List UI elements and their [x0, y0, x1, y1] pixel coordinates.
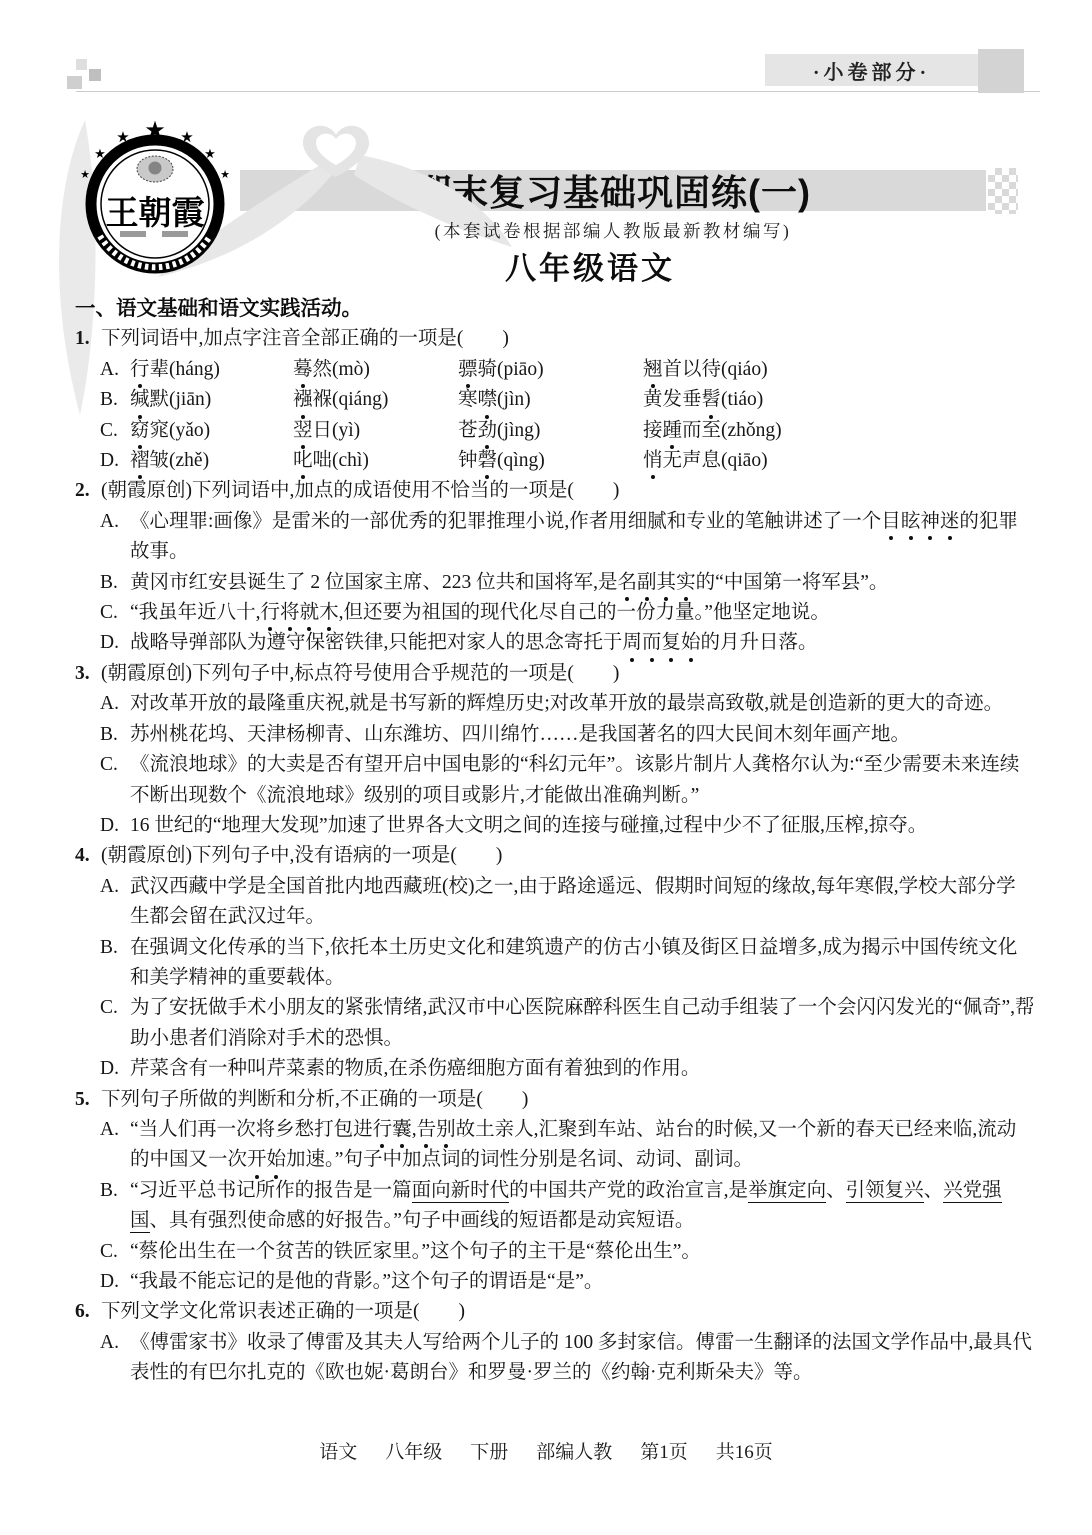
question-stem-text: 下列词语中,加点字注音全部正确的一项是( ): [101, 328, 509, 349]
emphasis-dot-char: 始: [267, 1145, 287, 1175]
option-text: “当人们再一次将乡愁打包进行囊,告别故土亲人,汇聚到车站、站台的时候,又一个新的…: [130, 1119, 1016, 1170]
question-stem: 6.下列文学文化常识表述正确的一项是( ): [75, 1297, 1035, 1327]
option-text: 在强调文化传承的当下,依托本土历史文化和建筑遗产的仿古小镇及街区日益增多,成为揭…: [130, 937, 1017, 988]
option-word: 褶皱(zhě): [130, 446, 293, 476]
option-label: A.: [100, 507, 119, 537]
option: B.在强调文化传承的当下,依托本土历史文化和建筑遗产的仿古小镇及街区日益增多,成…: [75, 933, 1035, 994]
option-label: A.: [100, 689, 119, 719]
star-icon: ★: [94, 146, 106, 161]
question-2: 2.(朝霞原创)下列词语中,加点的成语使用不恰当的一项是( )A.《心理罪:画像…: [75, 476, 1035, 658]
emphasis-dot-char: 神: [920, 507, 940, 537]
emphasis-dot-char: 行: [130, 355, 150, 385]
section-tag-label: ·小卷部分·: [813, 56, 930, 85]
emphasis-dot-char: 而: [642, 628, 662, 658]
emphasis-dot-char: 叱: [293, 446, 313, 476]
option-label: D.: [100, 1054, 119, 1084]
content-area: 一、语文基础和语文实践活动。 1.下列词语中,加点字注音全部正确的一项是( )A…: [75, 294, 1035, 1389]
corner-square: [67, 76, 82, 89]
emphasis-dot-char: 窈: [130, 416, 150, 446]
emphasis-dot-char: 髫: [702, 385, 722, 415]
logo-brand-name: 王朝霞: [106, 195, 205, 232]
question-3: 3.(朝霞原创)下列句子中,标点符号使用合乎规范的一项是( )A.对改革开放的最…: [75, 659, 1035, 841]
question-stem: 4.(朝霞原创)下列句子中,没有语病的一项是( ): [75, 841, 1035, 871]
question-number: 4.: [75, 841, 90, 871]
option-word: 苍劲(jìng): [458, 416, 643, 446]
emphasis-dot-char: 其: [657, 568, 677, 598]
option-word: 钟磬(qìng): [458, 446, 643, 476]
footer-item: 部编人教: [536, 1442, 612, 1463]
option-text: “习近平总书记所作的报告是一篇面向新时代的中国共产党的政治宣言,是举旗定向、引领…: [130, 1180, 1002, 1233]
option-row: D.褶皱(zhě)叱咄(chì)钟磬(qìng)悄无声息(qiāo): [75, 446, 1035, 476]
option-label: C.: [100, 416, 118, 446]
question-number: 5.: [75, 1085, 90, 1115]
option: D.16 世纪的“地理大发现”加速了世界各大文明之间的连接与碰撞,过程中少不了征…: [75, 811, 1035, 841]
option-row: B.缄默(jiān)襁褓(qiáng)寒噤(jìn)黄发垂髫(tiáo): [75, 385, 1035, 415]
question-stem: 1.下列词语中,加点字注音全部正确的一项是( ): [75, 324, 1035, 354]
emphasis-dot-char: 褶: [130, 446, 150, 476]
emphasis-dot-char: 迷: [940, 507, 960, 537]
star-icon: ★: [80, 169, 90, 181]
emphasis-dot-char: 行: [261, 598, 281, 628]
option-word: 襁褓(qiáng): [293, 385, 458, 415]
emphasis-dot-char: 木: [319, 598, 339, 628]
underlined-phrase: 引领复兴: [846, 1180, 924, 1203]
brand-logo: ★ ★ ★ ★ ★ ★ ★ 王朝霞: [66, 110, 244, 288]
emphasis-dot-char: 行: [373, 1115, 393, 1145]
emphasis-dot-char: 囊: [392, 1115, 412, 1145]
subject-title: 八年级语文: [190, 243, 990, 288]
question-number: 6.: [75, 1297, 90, 1327]
option: B.苏州桃花坞、天津杨柳青、山东潍坊、四川绵竹……是我国著名的四大民间木刻年画产…: [75, 720, 1035, 750]
option-word: 黄发垂髫(tiáo): [643, 385, 1035, 415]
option: B.黄冈市红安县诞生了 2 位国家主席、223 位共和国将军,是名副其实的“中国…: [75, 568, 1035, 598]
option: C.“我虽年近八十,行将就木,但还要为祖国的现代化尽自己的一份力量。”他坚定地说…: [75, 598, 1035, 628]
option-label: C.: [100, 598, 118, 628]
emphasis-dot-char: 将: [280, 598, 300, 628]
option-text: 武汉西藏中学是全国首批内地西藏班(校)之一,由于路途遥远、假期时间短的缘故,每年…: [130, 876, 1016, 927]
option-label: C.: [100, 1237, 118, 1267]
option-label: B.: [100, 385, 118, 415]
option-text: 黄冈市红安县诞生了 2 位国家主席、223 位共和国将军,是名副其实的“中国第一…: [130, 572, 888, 593]
option: A.武汉西藏中学是全国首批内地西藏班(校)之一,由于路途遥远、假期时间短的缘故,…: [75, 872, 1035, 933]
option-word: 行辈(háng): [130, 355, 293, 385]
option-word: 翘首以待(qiáo): [643, 355, 1035, 385]
option-label: A.: [100, 872, 119, 902]
option-text: 《心理罪:画像》是雷米的一部优秀的犯罪推理小说,作者用细腻和专业的笔触讲述了一个…: [130, 511, 1018, 562]
option: C.为了安抚做手术小朋友的紧张情绪,武汉市中心医院麻醉科医生自己动手组装了一个会…: [75, 993, 1035, 1054]
emphasis-dot-char: 实: [676, 568, 696, 598]
option-label: B.: [100, 568, 118, 598]
option: D.芹菜含有一种叫芹菜素的物质,在杀伤癌细胞方面有着独到的作用。: [75, 1054, 1035, 1084]
emphasis-dot-char: 周: [622, 628, 642, 658]
option-word: 翌日(yì): [293, 416, 458, 446]
question-number: 1.: [75, 324, 90, 354]
emphasis-dot-char: 告: [417, 1115, 437, 1145]
option-word: 蓦然(mò): [293, 355, 458, 385]
option-text: 16 世纪的“地理大发现”加速了世界各大文明之间的连接与碰撞,过程中少不了征服,…: [130, 815, 927, 836]
option-word: 悄无声息(qiāo): [643, 446, 1035, 476]
underlined-phrase: 举旗定向: [748, 1180, 826, 1203]
option-word: 叱咄(chì): [293, 446, 458, 476]
option: A.对改革开放的最隆重庆祝,就是书写新的辉煌历史;对改革开放的最崇高致敬,就是创…: [75, 689, 1035, 719]
emphasis-dot-char: 翌: [293, 416, 313, 446]
question-stem: 3.(朝霞原创)下列句子中,标点符号使用合乎规范的一项是( ): [75, 659, 1035, 689]
emphasis-dot-char: 缄: [130, 385, 150, 415]
emphasis-dot-char: 蓦: [293, 355, 313, 385]
option-label: D.: [100, 446, 119, 476]
option-label: C.: [100, 750, 118, 780]
option-label: A.: [100, 355, 119, 385]
question-stem-text: (朝霞原创)下列词语中,加点的成语使用不恰当的一项是( ): [101, 480, 619, 501]
footer-item: 八年级: [385, 1442, 442, 1463]
option-label: A.: [100, 1328, 119, 1358]
option: D.战略导弹部队为遵守保密铁律,只能把对家人的思念寄托于周而复始的月升日落。: [75, 628, 1035, 658]
corner-tag-block: [978, 49, 1024, 93]
option-label: D.: [100, 628, 119, 658]
question-stem-text: (朝霞原创)下列句子中,标点符号使用合乎规范的一项是( ): [101, 663, 619, 684]
question-stem-text: (朝霞原创)下列句子中,没有语病的一项是( ): [101, 845, 502, 866]
option-label: C.: [100, 993, 118, 1023]
option: A.“当人们再一次将乡愁打包进行囊,告别故土亲人,汇聚到车站、站台的时候,又一个…: [75, 1115, 1035, 1176]
emphasis-dot-char: 骠: [458, 355, 478, 385]
question-6: 6.下列文学文化常识表述正确的一项是( )A.《傅雷家书》收录了傅雷及其夫人写给…: [75, 1297, 1035, 1388]
emphasis-dot-char: 副: [637, 568, 657, 598]
option: B.“习近平总书记所作的报告是一篇面向新时代的中国共产党的政治宣言,是举旗定向、…: [75, 1176, 1035, 1237]
option-label: B.: [100, 720, 118, 750]
logo-portrait-face: [149, 162, 162, 175]
emphasis-dot-char: 目: [881, 507, 901, 537]
option-text: 为了安抚做手术小朋友的紧张情绪,武汉市中心医院麻醉科医生自己动手组装了一个会闪闪…: [130, 997, 1035, 1048]
question-stem: 5.下列句子所做的判断和分析,不正确的一项是( ): [75, 1085, 1035, 1115]
option: D.“我最不能忘记的是他的背影。”这个句子的谓语是“是”。: [75, 1267, 1035, 1297]
emphasis-dot-char: 别: [436, 1115, 456, 1145]
corner-square: [89, 69, 101, 81]
emphasis-dot-char: 复: [661, 628, 681, 658]
emphasis-dot-char: 劲: [478, 416, 498, 446]
option-row: A.行辈(háng)蓦然(mò)骠骑(piāo)翘首以待(qiáo): [75, 355, 1035, 385]
option-word: 骠骑(piāo): [458, 355, 643, 385]
option: C.《流浪地球》的大卖是否有望开启中国电影的“科幻元年”。该影片制片人龚格尔认为…: [75, 750, 1035, 811]
option: C.“蔡伦出生在一个贫苦的铁匠家里。”这个句子的主干是“蔡伦出生”。: [75, 1237, 1035, 1267]
question-stem-text: 下列句子所做的判断和分析,不正确的一项是( ): [101, 1089, 528, 1110]
emphasis-dot-char: 磬: [478, 446, 498, 476]
question-number: 3.: [75, 659, 90, 689]
footer-item: 下册: [470, 1442, 508, 1463]
emphasis-dot-char: 翘: [643, 355, 663, 385]
question-stem-text: 下列文学文化常识表述正确的一项是( ): [101, 1301, 465, 1322]
option: A.《傅雷家书》收录了傅雷及其夫人写给两个儿子的 100 多封家信。傅雷一生翻译…: [75, 1328, 1035, 1389]
star-icon: ★: [220, 169, 230, 181]
option-label: A.: [100, 1115, 119, 1145]
footer-item: 共16页: [716, 1442, 773, 1463]
banner-checker-decoration: [988, 168, 1018, 214]
paper-subtitle: (本套试卷根据部编人教版最新教材编写): [240, 218, 986, 243]
option-label: B.: [100, 933, 118, 963]
option-text: 芹菜含有一种叫芹菜素的物质,在杀伤癌细胞方面有着独到的作用。: [130, 1058, 700, 1079]
emphasis-dot-char: 襁: [293, 385, 313, 415]
page-footer: 语文八年级下册部编人教第1页共16页: [0, 1437, 1092, 1464]
question-number: 2.: [75, 476, 90, 506]
option-text: “蔡伦出生在一个贫苦的铁匠家里。”这个句子的主干是“蔡伦出生”。: [130, 1241, 701, 1262]
option-word: 缄默(jiān): [130, 385, 293, 415]
emphasis-dot-char: 就: [300, 598, 320, 628]
option-text: 《流浪地球》的大卖是否有望开启中国电影的“科幻元年”。该影片制片人龚格尔认为:“…: [130, 754, 1019, 805]
question-5: 5.下列句子所做的判断和分析,不正确的一项是( )A.“当人们再一次将乡愁打包进…: [75, 1085, 1035, 1298]
header-rule: [76, 91, 1040, 92]
star-icon: ★: [204, 146, 216, 161]
section-heading: 一、语文基础和语文实践活动。: [75, 294, 1035, 324]
option-word: 接踵而至(zhǒng): [643, 416, 1035, 446]
emphasis-dot-char: 噤: [478, 385, 498, 415]
option-word: 窈窕(yǎo): [130, 416, 293, 446]
emphasis-dot-char: 悄: [643, 446, 663, 476]
option-label: D.: [100, 811, 119, 841]
question-4: 4.(朝霞原创)下列句子中,没有语病的一项是( )A.武汉西藏中学是全国首批内地…: [75, 841, 1035, 1084]
option-text: 苏州桃花坞、天津杨柳青、山东潍坊、四川绵竹……是我国著名的四大民间木刻年画产地。: [130, 724, 910, 745]
footer-item: 第1页: [640, 1442, 688, 1463]
option-word: 寒噤(jìn): [458, 385, 643, 415]
option-row: C.窈窕(yǎo)翌日(yì)苍劲(jìng)接踵而至(zhǒng): [75, 416, 1035, 446]
emphasis-dot-char: 眩: [901, 507, 921, 537]
option-text: “我最不能忘记的是他的背影。”这个句子的谓语是“是”。: [130, 1271, 603, 1292]
corner-square: [76, 59, 87, 70]
footer-item: 语文: [319, 1442, 357, 1463]
exam-page: ·小卷部分· 期末复习基础巩固练(一) (本套试卷根据部编人教版最新教材编写) …: [0, 0, 1092, 1535]
questions-container: 1.下列词语中,加点字注音全部正确的一项是( )A.行辈(háng)蓦然(mò)…: [75, 324, 1035, 1388]
option-text: “我虽年近八十,行将就木,但还要为祖国的现代化尽自己的一份力量。”他坚定地说。: [130, 602, 830, 623]
option-text: 《傅雷家书》收录了傅雷及其夫人写给两个儿子的 100 多封家信。傅雷一生翻译的法…: [130, 1332, 1032, 1383]
question-stem: 2.(朝霞原创)下列词语中,加点的成语使用不恰当的一项是( ): [75, 476, 1035, 506]
question-1: 1.下列词语中,加点字注音全部正确的一项是( )A.行辈(háng)蓦然(mò)…: [75, 324, 1035, 476]
option-text: 战略导弹部队为遵守保密铁律,只能把对家人的思念寄托于周而复始的月升日落。: [130, 632, 817, 653]
option-text: 对改革开放的最隆重庆祝,就是书写新的辉煌历史;对改革开放的最崇高致敬,就是创造新…: [130, 693, 1003, 714]
option-label: B.: [100, 1176, 118, 1206]
emphasis-dot-char: 踵: [663, 416, 683, 446]
underlined-phrase: 面向新时代: [412, 1180, 510, 1203]
star-icon: ★: [144, 118, 166, 144]
option-label: D.: [100, 1267, 119, 1297]
emphasis-dot-char: 开: [247, 1145, 267, 1175]
emphasis-dot-char: 名: [618, 568, 638, 598]
star-icon: ★: [180, 130, 193, 146]
star-icon: ★: [116, 130, 129, 146]
emphasis-dot-char: 始: [681, 628, 701, 658]
section-tag: ·小卷部分·: [765, 54, 978, 86]
option: A.《心理罪:画像》是雷米的一部优秀的犯罪推理小说,作者用细腻和专业的笔触讲述了…: [75, 507, 1035, 568]
